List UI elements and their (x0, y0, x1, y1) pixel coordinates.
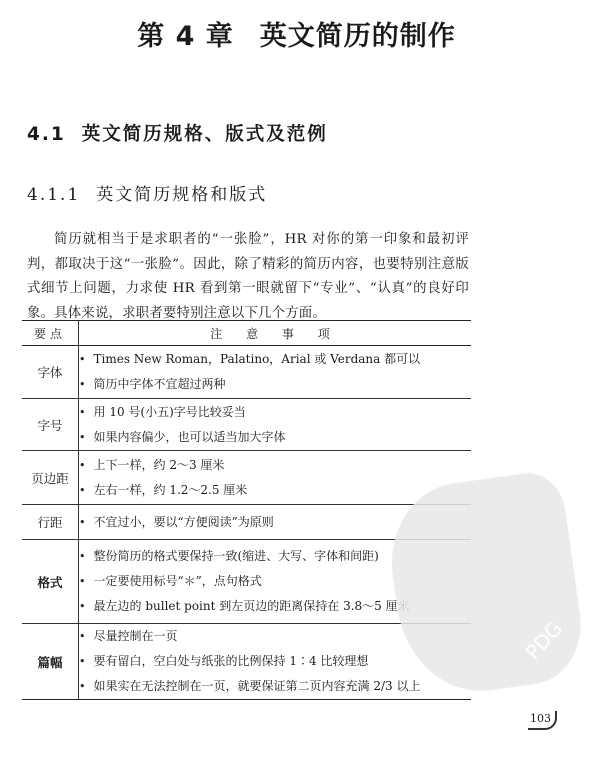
row-key: 字号 (22, 399, 79, 451)
chapter-title-text: 英文简历的制作 (260, 21, 456, 52)
notes-list: 上下一样，约 2～3 厘米 左右一样，约 1.2～2.5 厘米 (79, 453, 471, 503)
table-header-row: 要点 注 意 事 项 (22, 321, 471, 346)
notes-list: 用 10 号(小五)字号比较妥当 如果内容偏少，也可以适当加大字体 (79, 400, 471, 450)
table-row: 页边距 上下一样，约 2～3 厘米 左右一样，约 1.2～2.5 厘米 (22, 451, 471, 505)
subsection-heading: 4.1.1英文简历规格和版式 (27, 180, 267, 205)
row-key: 格式 (22, 540, 79, 624)
subsection-title-text: 英文简历规格和版式 (96, 185, 267, 205)
section-number: 4.1 (27, 124, 66, 145)
chapter-title: 第 4 章英文简历的制作 (0, 14, 593, 53)
row-key: 页边距 (22, 451, 79, 505)
subsection-number: 4.1.1 (27, 185, 80, 205)
chapter-number: 第 4 章 (137, 21, 234, 52)
section-title-text: 英文简历规格、版式及范例 (82, 124, 328, 145)
table-row: 篇幅 尽量控制在一页 要有留白，空白处与纸张的比例保持 1∶4 比较理想 如果实… (22, 624, 471, 700)
list-item: 要有留白，空白处与纸张的比例保持 1∶4 比较理想 (79, 649, 471, 674)
section-heading: 4.1英文简历规格、版式及范例 (27, 120, 328, 146)
table-row: 字号 用 10 号(小五)字号比较妥当 如果内容偏少，也可以适当加大字体 (22, 399, 471, 451)
row-key: 篇幅 (22, 624, 79, 700)
list-item: 简历中字体不宜超过两种 (79, 372, 471, 397)
page-number: 103 (528, 711, 557, 730)
table-row: 字体 Times New Roman，Palatino，Arial 或 Verd… (22, 346, 471, 399)
list-item: 左右一样，约 1.2～2.5 厘米 (79, 478, 471, 503)
resume-format-table: 要点 注 意 事 项 字体 Times New Roman，Palatino，A… (22, 320, 471, 700)
list-item: 上下一样，约 2～3 厘米 (79, 453, 471, 478)
notes-list: Times New Roman，Palatino，Arial 或 Verdana… (79, 347, 471, 397)
row-key: 行距 (22, 505, 79, 540)
intro-paragraph: 简历就相当于是求职者的“一张脸”，HR 对你的第一印象和最初评判，都取决于这“一… (27, 228, 469, 326)
column-header-notes: 注 意 事 项 (79, 321, 472, 346)
column-header-key: 要点 (22, 321, 79, 346)
list-item: 用 10 号(小五)字号比较妥当 (79, 400, 471, 425)
row-key: 字体 (22, 346, 79, 399)
watermark-label: PDG (520, 616, 567, 664)
list-item: 如果内容偏少，也可以适当加大字体 (79, 425, 471, 450)
list-item: Times New Roman，Palatino，Arial 或 Verdana… (79, 347, 471, 372)
list-item: 如果实在无法控制在一页，就要保证第二页内容充满 2/3 以上 (79, 674, 471, 699)
